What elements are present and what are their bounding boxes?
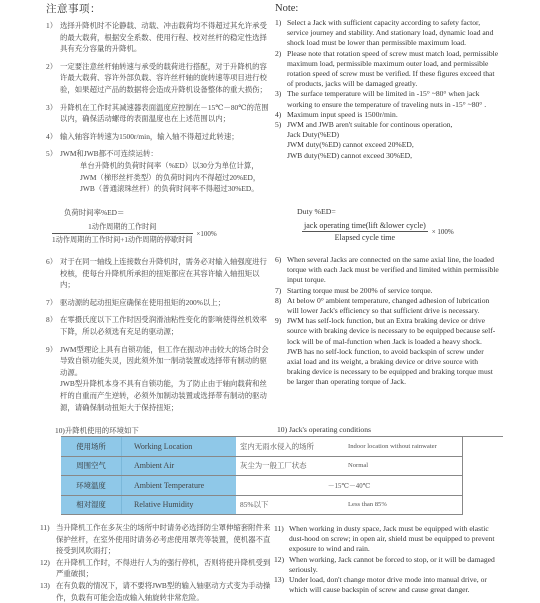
cn-note-1: 1） 选择升降机时不论静载、动载、冲击载荷均不得超过其允许承受的最大载荷，根据安… bbox=[46, 20, 274, 55]
en-note-11: 11) When working in dusty space, Jack mu… bbox=[274, 524, 499, 555]
en-value-cell: Indoor location without rainwater bbox=[348, 437, 463, 456]
en-note-text: Select a Jack with sufficient capacity a… bbox=[287, 18, 493, 47]
en-value-cell: Less than 85% bbox=[348, 495, 463, 515]
en-note-text: When several Jacks are connected on the … bbox=[287, 255, 499, 284]
en-note-9: 9) JWM has self-lock function, but an Ex… bbox=[275, 316, 500, 387]
english-notes-column-lower: 6) When several Jacks are connected on t… bbox=[275, 255, 500, 388]
chinese-notes-after-table: 11) 当升降机工作在多灰尘的场所中时请务必选择防尘罩伸缩套附件来保护丝杆，在室… bbox=[40, 522, 272, 603]
table-row: 环境温度 Ambient Temperature －15℃－40℃ bbox=[61, 476, 463, 496]
cn-note-text: JWM和JWB都不可连续运转： bbox=[60, 149, 158, 158]
en-note-number: 11) bbox=[274, 524, 284, 534]
en-formula-fraction: jack operating time(lift &lower cycle) E… bbox=[302, 221, 428, 242]
cn-value-cell: 85%以下 bbox=[236, 495, 348, 515]
cn-note-text: 在有负载的情况下，请不要将JWB型的输入轴驱动方式变为手动操作，负载有可能会造成… bbox=[56, 581, 270, 602]
en-note-12: 12) When working, Jack cannot be forced … bbox=[274, 555, 499, 575]
en-note-5-sub-3: JWB duty(%ED) cannot exceed 30%ED, bbox=[287, 151, 500, 161]
cn-value-cell: 灰尘为一般工厂状态 bbox=[236, 456, 348, 476]
cn-label-cell: 使用场所 bbox=[61, 437, 122, 456]
en-note-text: The surface temperature will be limited … bbox=[287, 89, 486, 108]
cn-note-13: 13) 在有负载的情况下，请不要将JWB型的输入轴驱动方式变为手动操作，负载有可… bbox=[40, 580, 272, 603]
en-note-text: When working, Jack cannot be forced to s… bbox=[289, 555, 495, 574]
en-note-text: Please note that rotation speed of screw… bbox=[287, 49, 498, 89]
en-note-5-sub-2: JWM duty(%ED) cannot exceed 20%ED, bbox=[287, 140, 500, 150]
en-note-text: JWM and JWB aren't suitable for continou… bbox=[287, 120, 452, 129]
en-note-7: 7) Starting torque must be 200% of servi… bbox=[275, 286, 500, 296]
cn-note-number: 7） bbox=[46, 297, 57, 309]
cn-note-number: 3） bbox=[46, 102, 57, 114]
en-formula: jack operating time(lift &lower cycle) E… bbox=[302, 221, 454, 242]
cn-table-caption: 10)升降机使用的环境如下 bbox=[55, 425, 139, 436]
en-formula-numerator: jack operating time(lift &lower cycle) bbox=[302, 221, 428, 232]
en-note-text: At below 0° ambient temperature, changed… bbox=[287, 296, 489, 315]
cn-note-number: 2） bbox=[46, 61, 57, 73]
cn-note-text: 输入轴容许转速为1500r/min，输入轴不得超过此转速； bbox=[60, 132, 239, 141]
cn-note-text: 一定要注意丝杆轴转速与承受的载荷进行搭配，对于升降机的容许最大载荷、容许外部负载… bbox=[60, 62, 267, 94]
cn-formula-label: 负荷时间率%ED＝ bbox=[64, 207, 124, 218]
cn-value-cell: 室内无雨水侵入的场所 bbox=[236, 437, 348, 456]
cn-note-2: 2） 一定要注意丝杆轴转速与承受的载荷进行搭配，对于升降机的容许最大载荷、容许外… bbox=[46, 61, 274, 96]
cn-note-text: 升降机在工作时其减速器表面温度应控制在－15℃－80℃的范围以内，确保活动螺母的… bbox=[60, 103, 269, 124]
en-value-cell: Normal bbox=[348, 456, 463, 476]
chinese-notes-column: 注意事项： 1） 选择升降机时不论静载、动载、冲击载荷均不得超过其允许承受的最大… bbox=[46, 0, 274, 201]
en-note-text: Maximum input speed is 1500r/min. bbox=[287, 110, 398, 119]
cn-label-cell: 相对湿度 bbox=[61, 495, 122, 515]
cn-note-number: 12) bbox=[40, 557, 50, 569]
en-note-2: 2) Please note that rotation speed of sc… bbox=[275, 49, 500, 90]
en-formula-label: Duty %ED= bbox=[297, 207, 336, 216]
cn-note-6: 6） 对于在同一轴线上连接数台升降机时，需务必对输入轴强度进行校核，使每台升降机… bbox=[46, 256, 274, 291]
en-label-cell: Ambient Air bbox=[122, 456, 237, 476]
cn-note-5-sub-2: JWM（梯形丝杆类型）的负荷时间内不得超过20%ED， bbox=[60, 172, 274, 184]
chinese-title: 注意事项： bbox=[46, 4, 274, 20]
en-note-number: 6) bbox=[275, 255, 281, 265]
cn-note-5-sub-3: JWB（普通滚珠丝杆）的负荷时间率不得超过30%ED。 bbox=[60, 183, 274, 195]
cn-note-number: 6） bbox=[46, 256, 57, 268]
en-label-cell: Relative Humidity bbox=[122, 495, 237, 515]
cn-note-text: JWM型理论上具有自锁功能，但工作在振动冲击较大的场合时会导致自锁功能失灵，因此… bbox=[60, 345, 269, 377]
cn-note-text: 在零摄氏度以下工作时因受润滑油粘性变化的影响使得丝机效率下降，所以必须选有充足的… bbox=[60, 315, 267, 336]
cn-formula-denominator: 1动作周期的工作时间+1动作周期的停歇时间 bbox=[52, 234, 193, 245]
cn-note-3: 3） 升降机在工作时其减速器表面温度应控制在－15℃－80℃的范围以内，确保活动… bbox=[46, 102, 274, 125]
en-note-number: 5) bbox=[275, 120, 281, 130]
cn-formula-numerator: 1动作周期的工作时间 bbox=[52, 222, 193, 234]
cn-note-11: 11) 当升降机工作在多灰尘的场所中时请务必选择防尘罩伸缩套附件来保护丝杆，在室… bbox=[40, 522, 272, 557]
english-title: Note: bbox=[275, 4, 500, 18]
cn-note-text: 驱动源的起动扭矩应确保在使用扭矩的200%以上； bbox=[60, 298, 225, 307]
cn-note-4: 4） 输入轴容许转速为1500r/min，输入轴不得超过此转速； bbox=[46, 131, 274, 143]
en-note-13: 13) Under load, don't change motor drive… bbox=[274, 575, 499, 595]
en-formula-multiplier: × 100% bbox=[432, 228, 454, 236]
cn-note-text: 对于在同一轴线上连接数台升降机时，需务必对输入轴强度进行校核，使每台升降机所承担… bbox=[60, 257, 267, 289]
english-notes-column: Note: 1) Select a Jack with sufficient c… bbox=[275, 0, 500, 161]
en-label-cell: Ambient Temperature bbox=[122, 476, 237, 496]
cn-note-text: 在升降机工作时，不得进行人为的强行停机，否则将使升降机受到严重破损； bbox=[56, 558, 270, 579]
cn-note-text: 当升降机工作在多灰尘的场所中时请务必选择防尘罩伸缩套附件来保护丝杆，在室外使用时… bbox=[56, 523, 270, 555]
en-note-number: 1) bbox=[275, 18, 281, 28]
en-note-text: Under load, don't change motor drive mod… bbox=[289, 575, 487, 594]
en-note-number: 3) bbox=[275, 89, 281, 99]
cn-note-number: 5） bbox=[46, 148, 57, 160]
en-note-9-text-2: JWB has no self-lock function, to avoid … bbox=[287, 347, 500, 388]
operating-conditions-table: 使用场所 Working Location 室内无雨水侵入的场所 Indoor … bbox=[61, 437, 463, 515]
en-label-cell: Working Location bbox=[122, 437, 237, 456]
en-table-caption: 10) Jack's operating conditions bbox=[277, 425, 371, 434]
en-note-number: 13) bbox=[274, 575, 284, 585]
en-note-4: 4) Maximum input speed is 1500r/min. bbox=[275, 110, 500, 120]
cn-note-12: 12) 在升降机工作时，不得进行人为的强行停机，否则将使升降机受到严重破损； bbox=[40, 557, 272, 580]
en-note-text: When working in dusty space, Jack must b… bbox=[289, 524, 495, 553]
cn-label-cell: 环境温度 bbox=[61, 476, 122, 496]
english-notes-after-table: 11) When working in dusty space, Jack mu… bbox=[274, 524, 499, 595]
en-note-text: Starting torque must be 200% of service … bbox=[287, 286, 433, 295]
en-note-number: 8) bbox=[275, 296, 281, 306]
cn-note-9-text-2: JWB型升降机本身不具有自锁功能，为了防止由于轴向载荷和丝杆的自重而产生逆转，必… bbox=[60, 378, 274, 413]
cn-note-text: 选择升降机时不论静载、动载、冲击载荷均不得超过其允许承受的最大载荷，根据安全系数… bbox=[60, 21, 267, 53]
merged-value-cell: －15℃－40℃ bbox=[236, 476, 463, 496]
cn-note-number: 1） bbox=[46, 20, 57, 32]
en-note-3: 3) The surface temperature will be limit… bbox=[275, 89, 500, 109]
en-note-number: 4) bbox=[275, 110, 281, 120]
cn-note-number: 4） bbox=[46, 131, 57, 143]
en-formula-denominator: Elapsed cycle time bbox=[302, 232, 428, 242]
cn-formula-multiplier: ×100% bbox=[196, 230, 216, 238]
table-row: 相对湿度 Relative Humidity 85%以下 Less than 8… bbox=[61, 495, 463, 515]
en-note-1: 1) Select a Jack with sufficient capacit… bbox=[275, 18, 500, 49]
cn-note-number: 13) bbox=[40, 580, 50, 592]
table-row: 使用场所 Working Location 室内无雨水侵入的场所 Indoor … bbox=[61, 437, 463, 456]
en-note-6: 6) When several Jacks are connected on t… bbox=[275, 255, 500, 286]
chinese-notes-column-lower: 6） 对于在同一轴线上连接数台升降机时，需务必对输入轴强度进行校核，使每台升降机… bbox=[46, 256, 274, 419]
cn-formula: 1动作周期的工作时间 1动作周期的工作时间+1动作周期的停歇时间 ×100% bbox=[52, 222, 217, 245]
cn-note-8: 8） 在零摄氏度以下工作时因受润滑油粘性变化的影响使得丝机效率下降，所以必须选有… bbox=[46, 314, 274, 337]
cn-note-number: 11) bbox=[40, 522, 50, 534]
table-row: 周围空气 Ambient Air 灰尘为一般工厂状态 Normal bbox=[61, 456, 463, 476]
en-note-5: 5) JWM and JWB aren't suitable for conti… bbox=[275, 120, 500, 161]
cn-note-9: 9） JWM型理论上具有自锁功能，但工作在振动冲击较大的场合时会导致自锁功能失灵… bbox=[46, 344, 274, 414]
cn-note-number: 8） bbox=[46, 314, 57, 326]
cn-note-5-sub-1: 单台升降机的负荷时间率（%ED）以30分为单位计算， bbox=[60, 160, 274, 172]
en-note-text: JWM has self-lock function, but an Extra… bbox=[287, 316, 495, 345]
cn-note-7: 7） 驱动源的起动扭矩应确保在使用扭矩的200%以上； bbox=[46, 297, 274, 309]
cn-note-5: 5） JWM和JWB都不可连续运转： 单台升降机的负荷时间率（%ED）以30分为… bbox=[46, 148, 274, 194]
en-note-number: 7) bbox=[275, 286, 281, 296]
cn-label-cell: 周围空气 bbox=[61, 456, 122, 476]
cn-note-number: 9） bbox=[46, 344, 57, 356]
en-note-number: 2) bbox=[275, 49, 281, 59]
en-note-number: 12) bbox=[274, 555, 284, 565]
en-note-5-sub-1: Jack Duty(%ED) bbox=[287, 130, 500, 140]
en-note-number: 9) bbox=[275, 316, 281, 326]
cn-formula-fraction: 1动作周期的工作时间 1动作周期的工作时间+1动作周期的停歇时间 bbox=[52, 222, 193, 245]
en-note-8: 8) At below 0° ambient temperature, chan… bbox=[275, 296, 500, 316]
